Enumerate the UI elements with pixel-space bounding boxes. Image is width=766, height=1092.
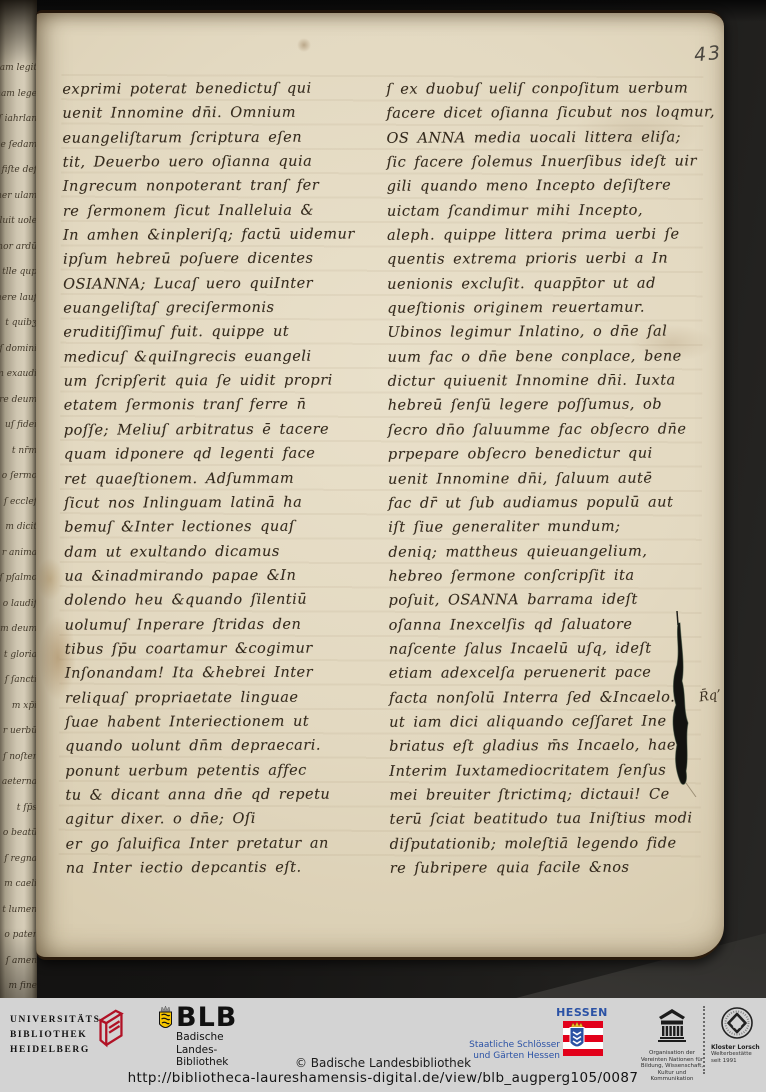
manuscript-line: bemuſ &Inter lectiones quaſ bbox=[64, 515, 378, 541]
manuscript-line: quentis extrema prioris uerbi a In bbox=[387, 247, 719, 273]
ub-heidelberg-books-icon bbox=[92, 1004, 130, 1048]
edge-text-fragment: m xp̄i bbox=[0, 694, 37, 720]
edge-text-fragment: r anima bbox=[0, 541, 37, 567]
manuscript-line: ſuae habent Interiectionem ut bbox=[65, 709, 379, 735]
edge-text-fragment: mer ulam bbox=[0, 184, 37, 210]
edge-text-fragment: ſ eccleſ bbox=[0, 490, 37, 516]
edge-text-fragment: ſ domini bbox=[0, 337, 37, 363]
manuscript-line: Ingrecum nonpoterant tranſ fer bbox=[63, 174, 377, 200]
manuscript-line: er go ſaluifica Inter pretatur an bbox=[66, 831, 380, 857]
manuscript-line: aleph. quippe littera prima uerbi ſe bbox=[387, 222, 719, 248]
manuscript-line: quam idponere qd legenti face bbox=[64, 441, 378, 467]
manuscript-line: ret quaeſtionem. Adſummam bbox=[64, 466, 378, 492]
edge-text-fragment: o pater bbox=[0, 923, 37, 949]
manuscript-line: re ſubripere quia facile &nos bbox=[390, 855, 722, 881]
manuscript-line: Inſonandam! Ita &hebrei Inter bbox=[65, 661, 379, 687]
copyright-notice: © Badische Landesbibliothek bbox=[0, 1056, 766, 1070]
manuscript-line: gili quando meno Incepto deſiſtere bbox=[387, 174, 719, 200]
ub-heidelberg-line: UNIVERSITÄTS- bbox=[10, 1013, 105, 1028]
manuscript-line: uolumuſ Inperare ſtridas den bbox=[65, 612, 379, 638]
facing-page-edge: am legitanam legerſ iahrlaneme ſedamfiſt… bbox=[0, 0, 37, 998]
hessen-flag-icon bbox=[563, 1021, 603, 1056]
manuscript-line: ſic facere ſolemus Inuerſibus ideſt uir bbox=[387, 149, 719, 175]
blb-line: Landes- bbox=[176, 1044, 237, 1057]
edge-text-fragment: o beatū bbox=[0, 821, 37, 847]
manuscript-line: etatem ſermonis tranſ ferre n̄ bbox=[64, 393, 378, 419]
hessen-caption-line: Staatliche Schlösser bbox=[452, 1040, 560, 1051]
kloster-lorsch-caption-line: Kloster Lorsch bbox=[711, 1044, 764, 1051]
edge-text-fragment: ſ regna bbox=[0, 847, 37, 873]
manuscript-line: OS ANNA media uocali littera eliſa; bbox=[386, 125, 718, 151]
manuscript-line: dam ut exultando dicamus bbox=[64, 539, 378, 565]
ub-heidelberg-wordmark: UNIVERSITÄTS- BIBLIOTHEK HEIDELBERG bbox=[10, 1013, 105, 1058]
edge-text-fragment: ſ pſalmo bbox=[0, 566, 37, 592]
edge-text-fragment: m caeli bbox=[0, 872, 37, 898]
manuscript-line: quando uolunt dn̄m depraecari. bbox=[65, 734, 379, 760]
margin-note: R̄q’ bbox=[698, 688, 722, 706]
manuscript-line: In amhen &inpleriſq; factū uidemur bbox=[63, 222, 377, 248]
edge-text-fragment: t lumen bbox=[0, 898, 37, 924]
manuscript-line: uenit Innomine dn̄i, ſaluum autē bbox=[388, 466, 720, 492]
edge-text-fragment: am legit bbox=[0, 56, 37, 82]
manuscript-line: OSIANNA; Lucaſ uero quiInter bbox=[63, 271, 377, 297]
manuscript-line: diſputationib; moleſtiā legendo fide bbox=[390, 831, 722, 857]
manuscript-line: euangeliſtaſ greciſermonis bbox=[63, 295, 377, 321]
manuscript-photo: am legitanam legerſ iahrlaneme ſedamfiſt… bbox=[0, 0, 766, 998]
facing-page-text-fragments: am legitanam legerſ iahrlaneme ſedamfiſt… bbox=[0, 0, 37, 998]
edge-text-fragment: o ſermo bbox=[0, 464, 37, 490]
manuscript-line: eruditiſſimuſ fuit. quippe ut bbox=[63, 320, 377, 346]
blb-acronym: BLB bbox=[176, 1005, 237, 1031]
kloster-lorsch-seal-icon bbox=[720, 1006, 754, 1040]
edge-text-fragment: m aeterna bbox=[0, 770, 37, 796]
manuscript-line: uictam ſcandimur mihi Incepto, bbox=[387, 198, 719, 224]
library-footer: UNIVERSITÄTS- BIBLIOTHEK HEIDELBERG BLB … bbox=[0, 998, 766, 1092]
manuscript-line: na Inter iectio depcantis eſt. bbox=[66, 855, 380, 881]
edge-text-fragment: t nr̄m bbox=[0, 439, 37, 465]
edge-text-fragment: ſ noſter bbox=[0, 745, 37, 771]
manuscript-line: exprimi poterat benedictuſ qui bbox=[62, 76, 376, 102]
edge-text-fragment: t gloria bbox=[0, 643, 37, 669]
folio-number: 43 bbox=[693, 42, 723, 67]
edge-text-fragment: tlle qup bbox=[0, 260, 37, 286]
manuscript-line: hebreū ſenſū legere poſſumus, ob bbox=[388, 393, 720, 419]
manuscript-line: facere dicet oſianna ſicubut nos loqmur, bbox=[386, 101, 718, 127]
manuscript-line: ſicut nos Inlinguam latinā ha bbox=[64, 490, 378, 516]
baden-wuerttemberg-crest-icon bbox=[158, 1006, 173, 1032]
manuscript-line: reliquaſ propriaetate linguae bbox=[65, 685, 379, 711]
manuscript-line: euangeliſtarum ſcriptura eſen bbox=[62, 125, 376, 151]
manuscript-line: um ſcripſerit quia ſe uidit propri bbox=[64, 368, 378, 394]
edge-text-fragment: ſ amen bbox=[0, 949, 37, 975]
manuscript-line: ponunt uerbum petentis affec bbox=[65, 758, 379, 784]
manuscript-line: tu & dicant anna dn̄e qd repetu bbox=[65, 782, 379, 808]
manuscript-line: medicuſ &quiIngrecis euangeli bbox=[63, 344, 377, 370]
manuscript-line: tibus ſp̄u coartamur &cogimur bbox=[65, 636, 379, 662]
edge-text-fragment: t quibʒ bbox=[0, 311, 37, 337]
manuscript-line: re ſermonem ſicut Inalleluia & bbox=[63, 198, 377, 224]
manuscript-line: tit, Deuerbo uero oſianna quia bbox=[63, 149, 377, 175]
edge-text-fragment: t ſp̄s bbox=[0, 796, 37, 822]
manuscript-line: Ubinos legimur Inlatino, o dn̄e ſal bbox=[387, 320, 719, 346]
edge-text-fragment: o laudiſ bbox=[0, 592, 37, 618]
edge-text-fragment: ſ ſancti bbox=[0, 668, 37, 694]
edge-text-fragment: fiſte deſ bbox=[0, 158, 37, 184]
manuscript-line: uenit Innomine dn̄i. Omnium bbox=[62, 101, 376, 127]
manuscript-line: prpepare obſecro benedictur qui bbox=[388, 441, 720, 467]
manuscript-line: fac dr̄ ut ſub audiamus populū aut bbox=[388, 490, 720, 516]
manuscript-line: poſſe; Meliuſ arbitratus ē tacere bbox=[64, 417, 378, 443]
edge-text-fragment: m fine bbox=[0, 974, 37, 998]
manuscript-line: iſt ſiue generaliter mundum; bbox=[388, 514, 720, 540]
manuscript-line: ipſum hebreū poſuere dicentes bbox=[63, 247, 377, 273]
edge-text-fragment: eme ſedam bbox=[0, 133, 37, 159]
edge-text-fragment: luit uole bbox=[0, 209, 37, 235]
manuscript-line: dolendo heu &quando ſilentiū bbox=[64, 588, 378, 614]
manuscript-line: dictur quiuenit Innomine dn̄i. Iuxta bbox=[388, 368, 720, 394]
manuscript-line: queſtionis originem reuertamur. bbox=[387, 295, 719, 321]
ub-heidelberg-line: BIBLIOTHEK bbox=[10, 1028, 105, 1043]
hessen-title: HESSEN bbox=[556, 1006, 608, 1019]
manuscript-line: ſ ex duobuſ ueliſ conpoſitum uerbum bbox=[386, 76, 718, 102]
unesco-temple-icon bbox=[656, 1008, 688, 1042]
edge-text-fragment: hor ardū bbox=[0, 235, 37, 261]
edge-text-fragment: mere lauſ bbox=[0, 286, 37, 312]
edge-text-fragment: rſ iahrlan bbox=[0, 107, 37, 133]
source-url: http://bibliotheca-laureshamensis-digita… bbox=[0, 1070, 766, 1086]
edge-text-fragment: uſ fidei bbox=[0, 413, 37, 439]
edge-text-fragment: m deum bbox=[0, 617, 37, 643]
edge-text-fragment: r uerbū bbox=[0, 719, 37, 745]
manuscript-line: poſuit, OSANNA barrama ideſt bbox=[388, 587, 720, 613]
edge-text-fragment: m dicit bbox=[0, 515, 37, 541]
manuscript-line: terū ſciat beatitudo tua Iniſtius modi bbox=[389, 807, 721, 833]
manuscript-line: ſecro dn̄o ſaluumme fac obſecro dn̄e bbox=[388, 417, 720, 443]
edge-text-fragment: re deum bbox=[0, 388, 37, 414]
edge-text-fragment: m exaudi bbox=[0, 362, 37, 388]
manuscript-line: hebreo ſermone conſcripſit ita bbox=[388, 563, 720, 589]
manuscript-column-left: exprimi poterat benedictuſ quiuenit Inno… bbox=[62, 76, 380, 881]
manuscript-line: agitur dixer. o dn̄e; Oſi bbox=[65, 807, 379, 833]
manuscript-line: ua &inadmirando papae &In bbox=[64, 563, 378, 589]
manuscript-page: 43 exprimi poterat benedictuſ quiuenit I… bbox=[36, 10, 724, 960]
manuscript-line: deniq; mattheus quieuangelium, bbox=[388, 539, 720, 565]
manuscript-line: uum fac o dn̄e bene conplace, bene bbox=[387, 344, 719, 370]
edge-text-fragment: anam lege bbox=[0, 82, 37, 108]
manuscript-line: uenionis excluſit. quapp̄tor ut ad bbox=[387, 271, 719, 297]
